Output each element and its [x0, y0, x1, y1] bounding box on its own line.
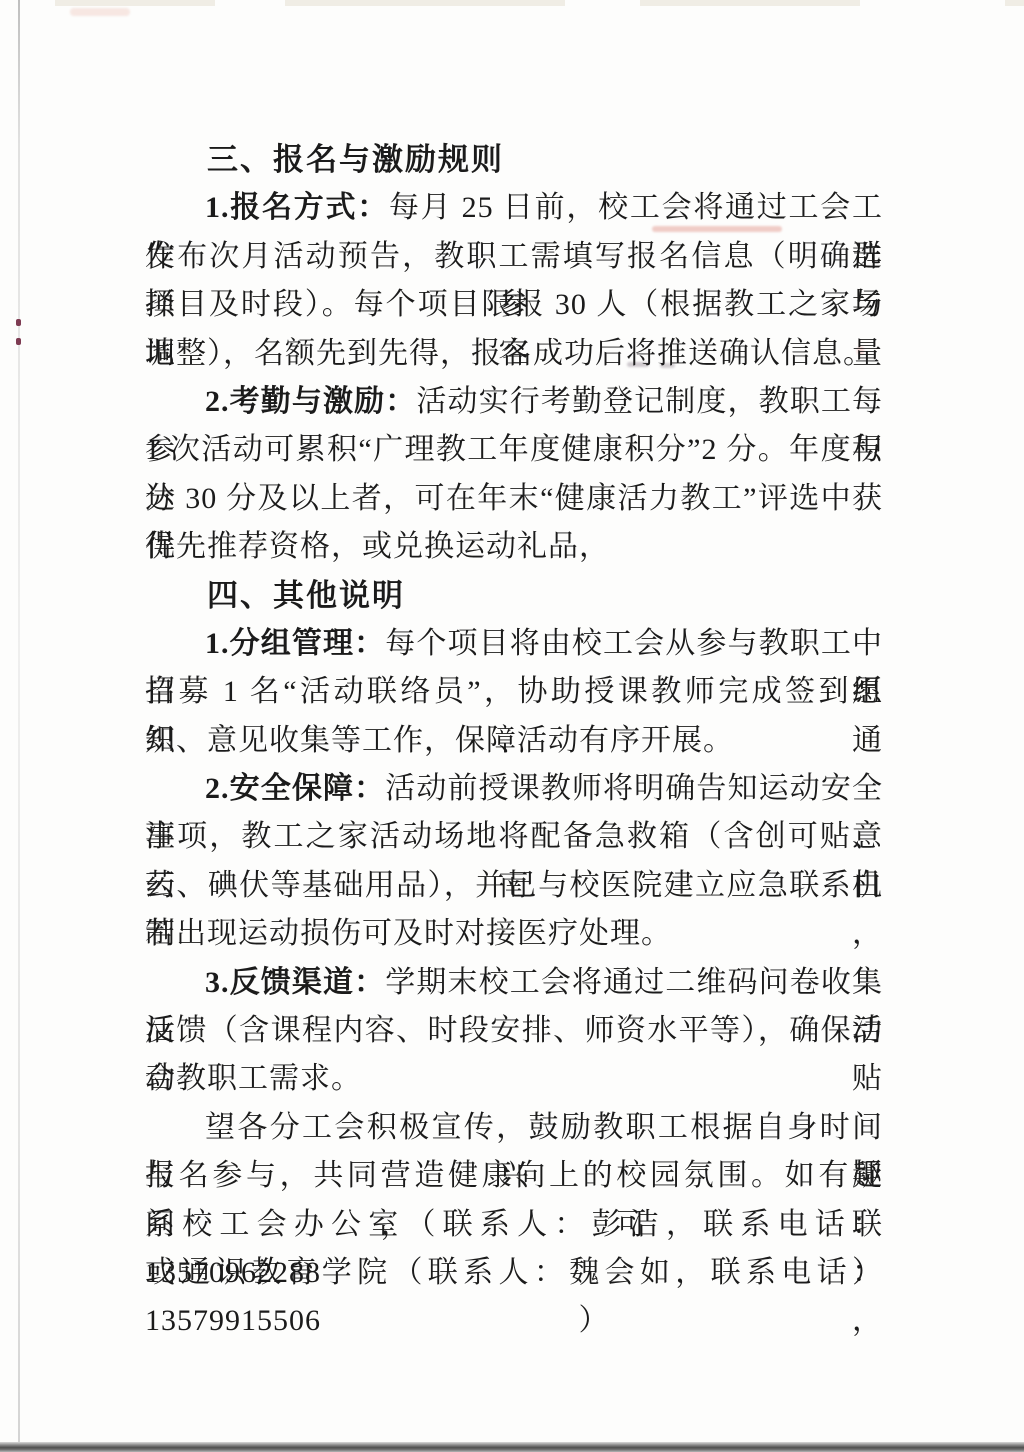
document-line: 1.报名方式：每月 25 日前，校工会将通过工会工作群 — [145, 184, 883, 232]
document-line: 系校工会办公室（联系人：彭洁，联系电话：13570962288） — [145, 1201, 883, 1249]
paragraph-label: 2.考勤与激励： — [205, 385, 416, 418]
scan-top-smudge — [55, 0, 215, 6]
document-line: 或通识教育学院（联系人：魏会如，联系电话：13579915506）， — [145, 1249, 883, 1297]
document-line: 2.安全保障：活动前授课教师将明确告知运动安全注意 — [145, 765, 883, 813]
document-line: 发布次月活动预告，教职工需填写报名信息（明确选择参与 — [145, 233, 883, 281]
section-heading: 四、其他说明 — [145, 572, 883, 620]
document-line: 报名参与，共同营造健康向上的校园氛围。如有疑问，可联 — [145, 1152, 883, 1200]
section-heading: 三、报名与激励规则 — [145, 136, 883, 184]
document-line: 调整），名额先到先得，报名成功后将推送确认信息。 — [145, 330, 883, 378]
paragraph-label: 1.报名方式： — [205, 191, 389, 224]
document-text-block: 三、报名与激励规则1.报名方式：每月 25 日前，校工会将通过工会工作群发布次月… — [145, 136, 883, 1297]
document-line: 优先推荐资格，或兑换运动礼品， — [145, 523, 883, 571]
document-line: 反馈（含课程内容、时段安排、师资水平等），确保活动贴 — [145, 1007, 883, 1055]
document-line: 1.分组管理：每个项目将由校工会从参与教职工中自愿 — [145, 620, 883, 668]
scan-edge-bottom-shadow — [0, 1442, 1024, 1452]
document-line: 望各分工会积极宣传，鼓励教职工根据自身时间与兴趣 — [145, 1104, 883, 1152]
document-line: 2.考勤与激励：活动实行考勤登记制度，教职工每参与 — [145, 378, 883, 426]
document-line: 药、碘伏等基础用品），并已与校医院建立应急联系机制， — [145, 862, 883, 910]
paragraph-label: 3.反馈渠道： — [205, 966, 385, 999]
scan-edge-dot — [16, 338, 21, 345]
document-line: 项目及时段）。每个项目限报 30 人（根据教工之家场地容量 — [145, 281, 883, 329]
paragraph-label: 2.安全保障： — [205, 772, 385, 805]
document-line: 1 次活动可累积“广理教工年度健康积分”2 分。年度积分 — [145, 426, 883, 474]
scanned-document-page: 三、报名与激励规则1.报名方式：每月 25 日前，校工会将通过工会工作群发布次月… — [0, 0, 1024, 1452]
scan-top-smudge — [285, 0, 565, 6]
document-line: 事项，教工之家活动场地将配备急救箱（含创可贴、云南白 — [145, 813, 883, 861]
scan-top-smudge — [1005, 0, 1024, 6]
document-line: 招募 1 名“活动联络员”，协助授课教师完成签到组织、通 — [145, 668, 883, 716]
scan-top-smudge — [640, 0, 860, 6]
scan-edge-dot — [16, 319, 21, 326]
document-line: 3.反馈渠道：学期末校工会将通过二维码问卷收集活动 — [145, 959, 883, 1007]
scan-edge-left-line — [18, 0, 20, 1446]
paragraph-label: 1.分组管理： — [205, 627, 385, 660]
document-line: 达 30 分及以上者，可在年末“健康活力教工”评选中获得 — [145, 475, 883, 523]
scan-pink-smudge — [70, 8, 130, 16]
